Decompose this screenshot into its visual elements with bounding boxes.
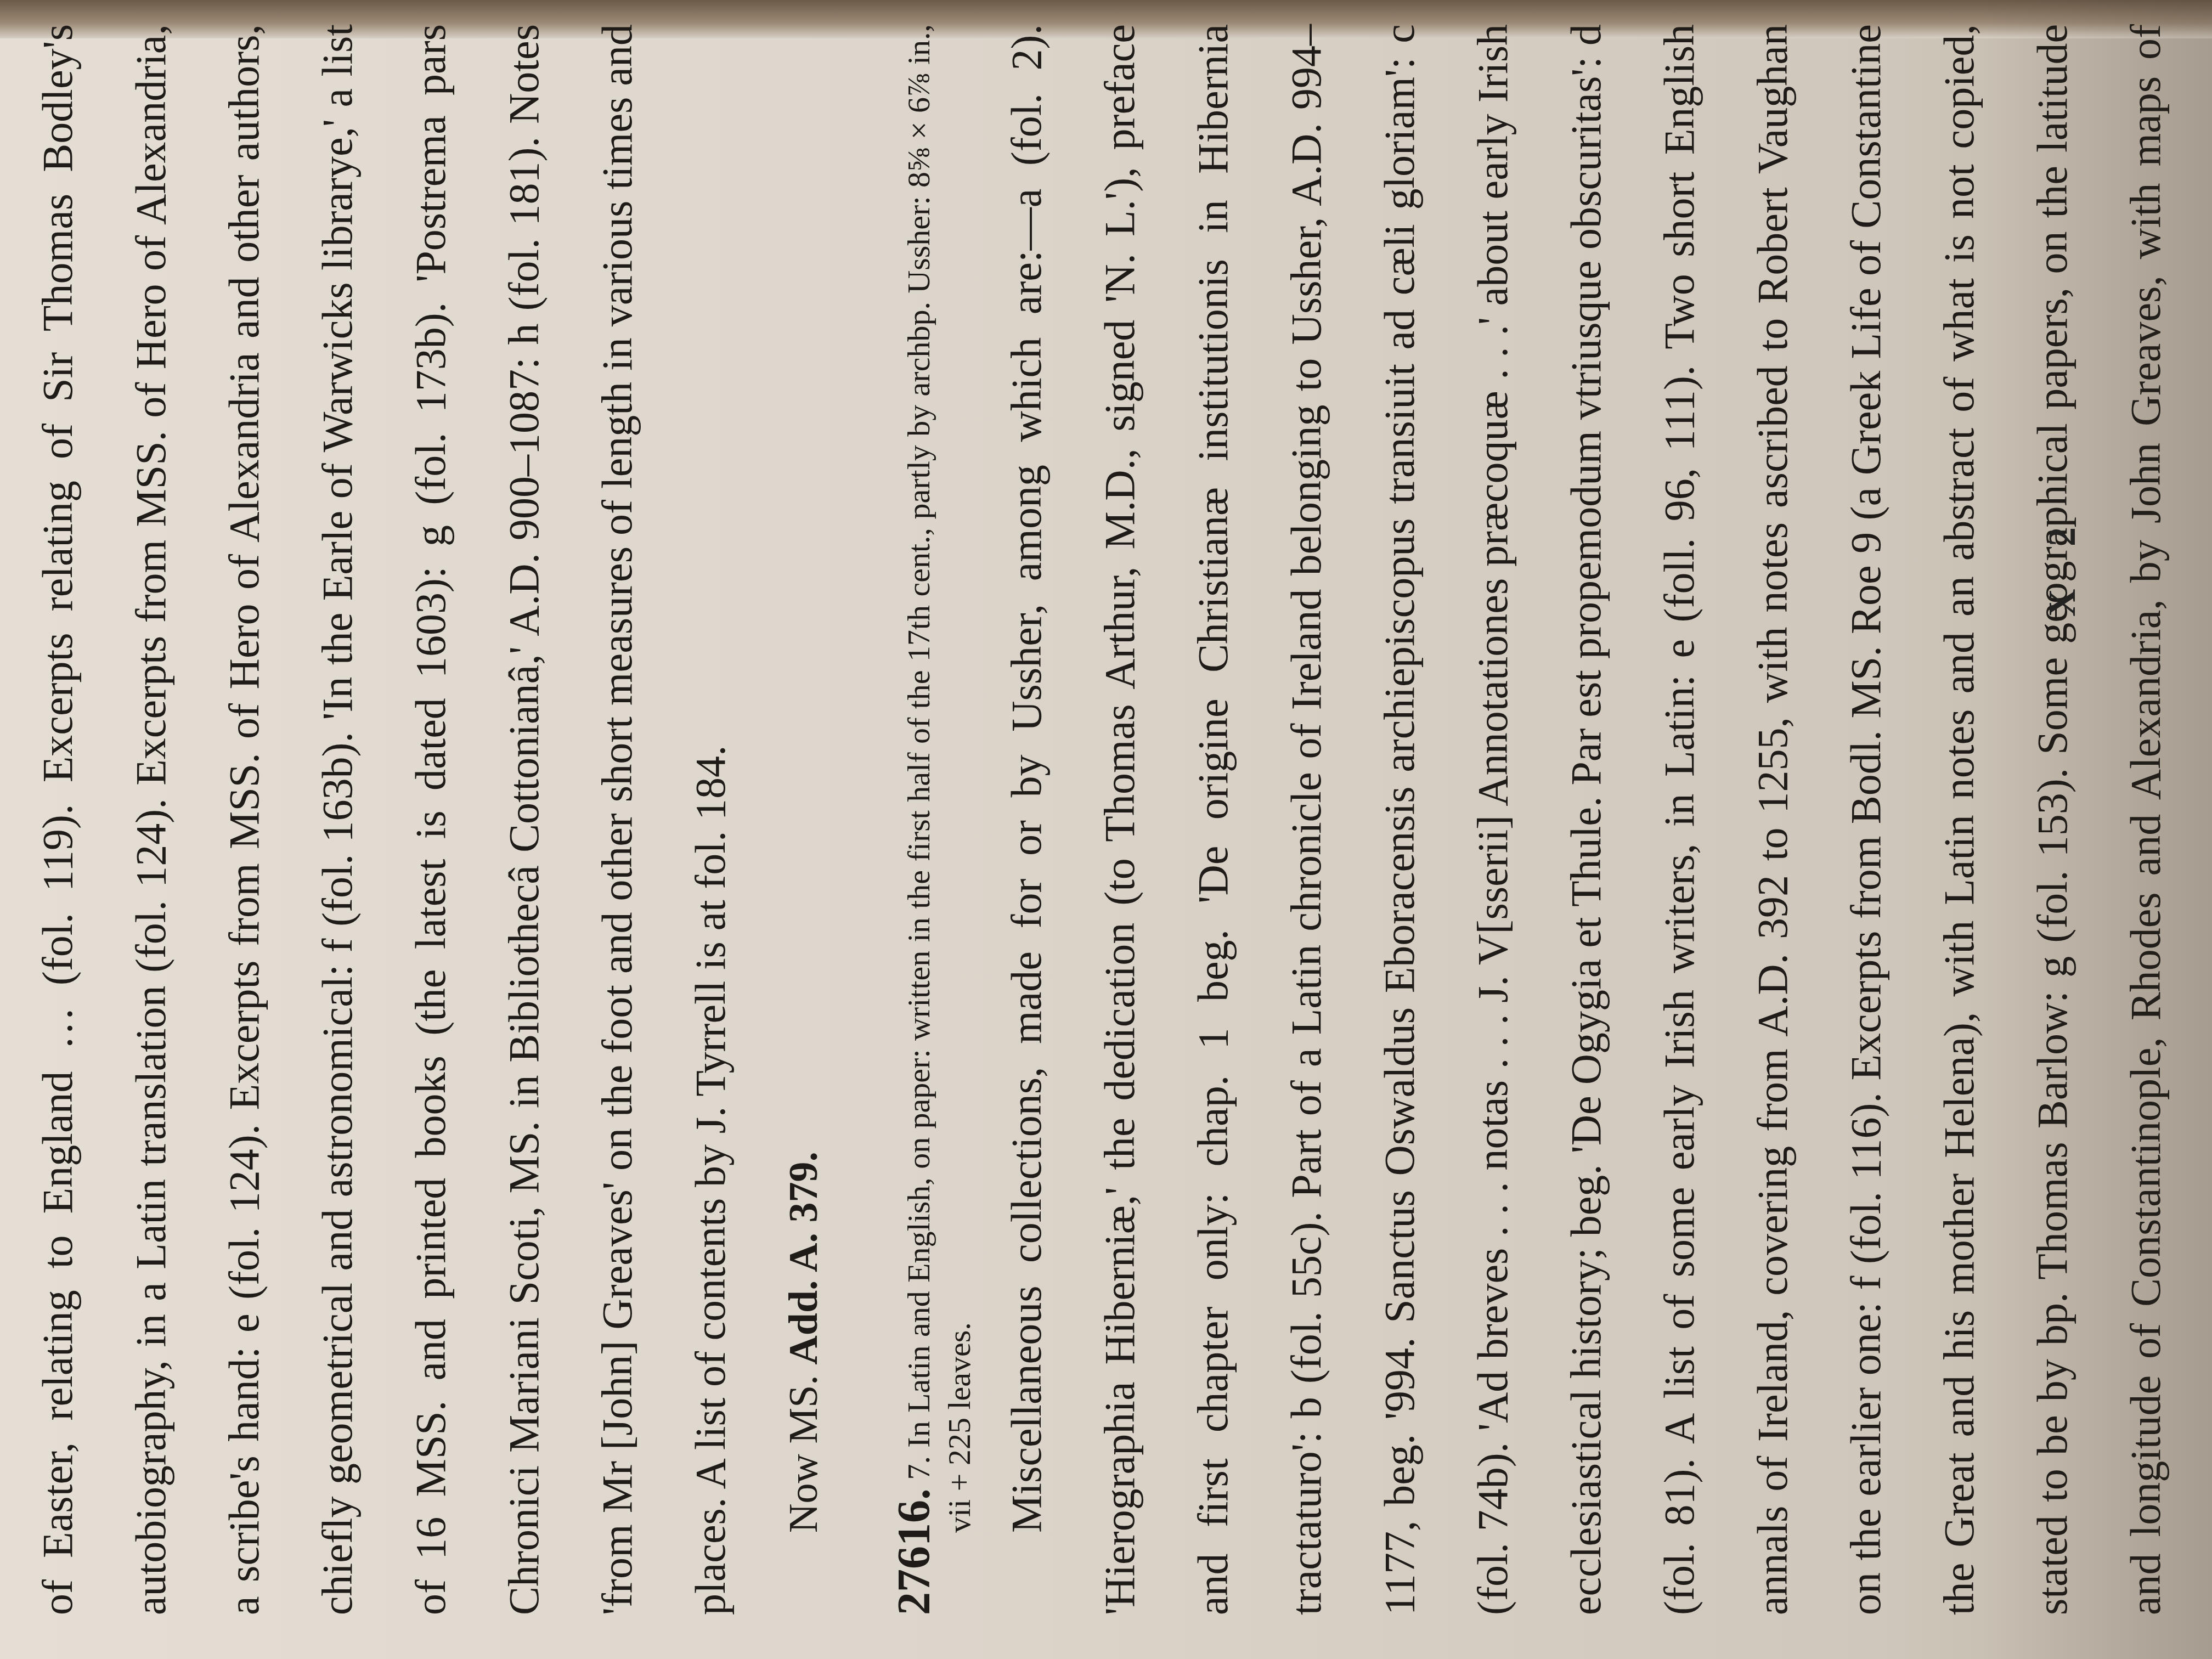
text-area: of Easter, relating to England … (fol. 1… <box>11 24 2212 1615</box>
now-ms-prefix: Now MS. <box>781 1375 826 1533</box>
entry-header: 27616. 7. In Latin and English, on paper… <box>894 24 980 1615</box>
catalogue-page: of Easter, relating to England … (fol. 1… <box>0 0 2212 1659</box>
previous-entry-text: of Easter, relating to England … (fol. 1… <box>11 24 757 1615</box>
previous-entry-shelfmark: Now MS. Add. A. 379. <box>757 24 850 1615</box>
entry-number: 27616. <box>889 1488 940 1615</box>
page-shadow <box>1982 0 2212 1659</box>
shelfmark: Add. A. 379. <box>781 1152 826 1365</box>
entry-item: 7. <box>901 1456 936 1480</box>
entry-description: In Latin and English, on paper: written … <box>901 24 977 1533</box>
